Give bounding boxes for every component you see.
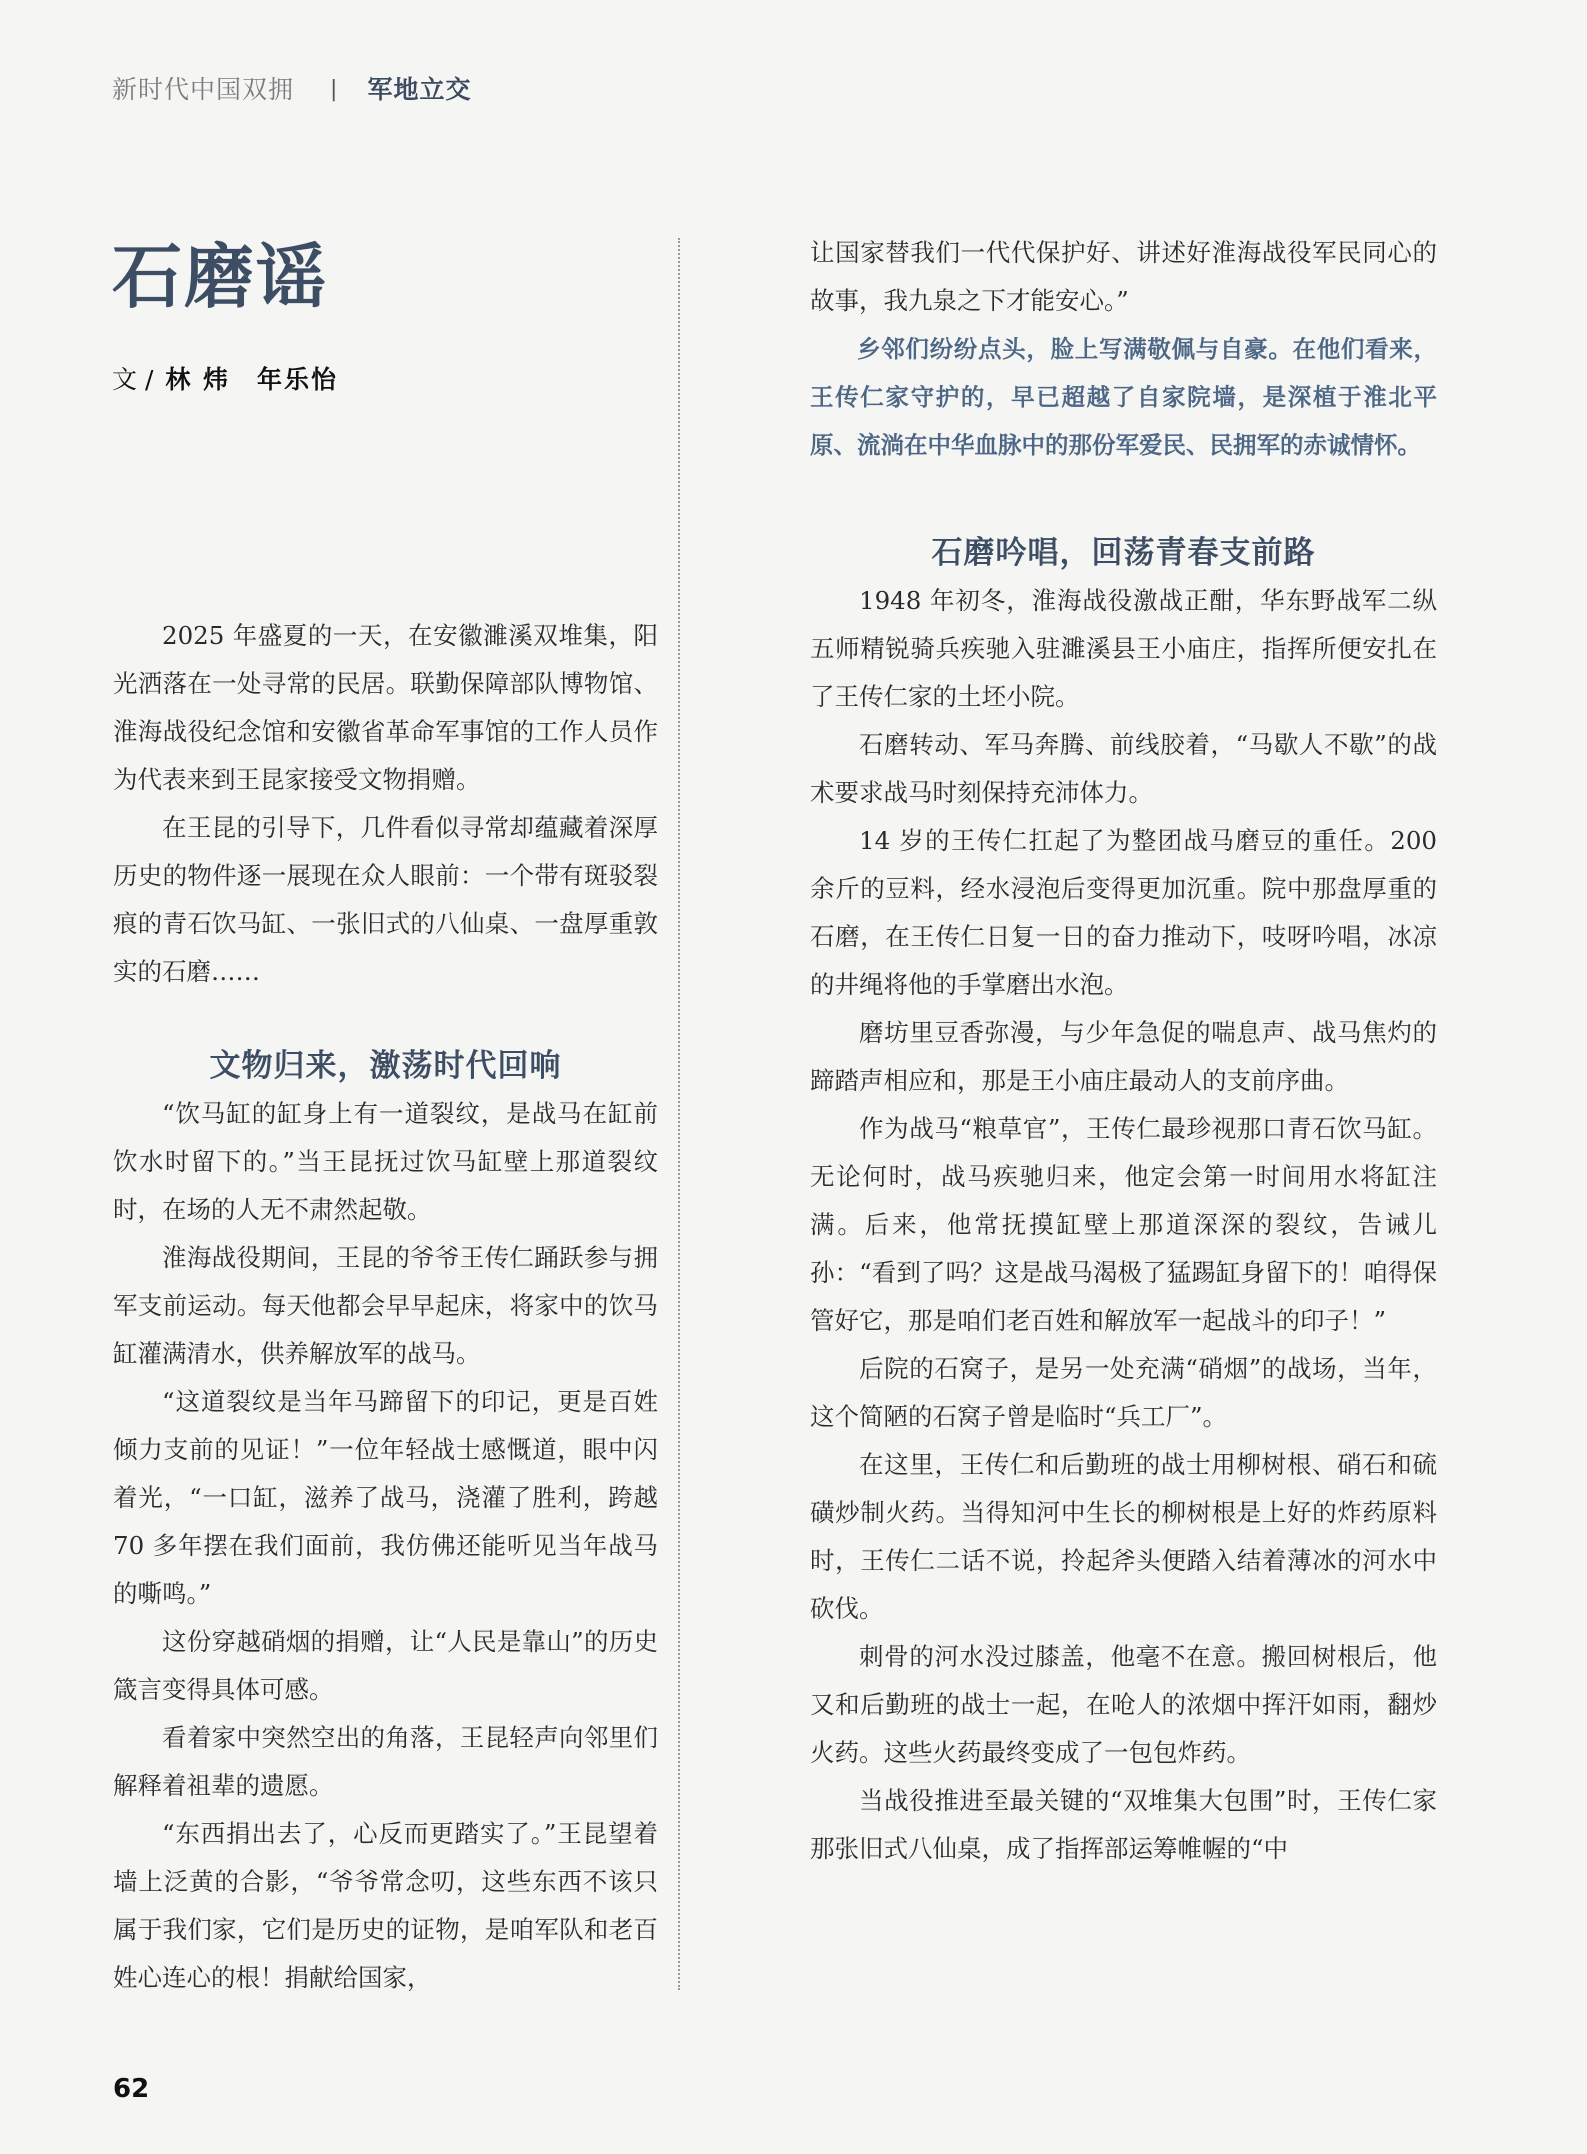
paragraph: 14 岁的王传仁扛起了为整团战马磨豆的重任。200 余斤的豆料，经水浸泡后变得更… [810,817,1437,1009]
header-column-name: 军地立交 [367,70,471,110]
article-title: 石磨谣 [112,232,328,322]
paragraph: 淮海战役期间，王昆的爷爷王传仁踊跃参与拥军支前运动。每天他都会早早起床，将家中的… [113,1234,658,1378]
section-heading: 文物归来，激荡时代回响 [113,1042,658,1090]
byline-prefix: 文 / [112,365,153,394]
left-column: 2025 年盛夏的一天，在安徽濉溪双堆集，阳光洒落在一处寻常的民居。联勤保障部队… [113,612,658,2002]
paragraph: 后院的石窝子，是另一处充满“硝烟”的战场，当年，这个简陋的石窝子曾是临时“兵工厂… [810,1345,1437,1441]
paragraph: 2025 年盛夏的一天，在安徽濉溪双堆集，阳光洒落在一处寻常的民居。联勤保障部队… [113,612,658,804]
byline: 文 / 林 炜 年乐怡 [112,360,338,400]
paragraph: “饮马缸的缸身上有一道裂纹，是战马在缸前饮水时留下的。”当王昆抚过饮马缸壁上那道… [113,1090,658,1234]
paragraph: 看着家中突然空出的角落，王昆轻声向邻里们解释着祖辈的遗愿。 [113,1714,658,1810]
paragraph: 在王昆的引导下，几件看似寻常却蕴藏着深厚历史的物件逐一展现在众人眼前：一个带有斑… [113,804,658,996]
paragraph: 1948 年初冬，淮海战役激战正酣，华东野战军二纵五师精锐骑兵疾驰入驻濉溪县王小… [810,577,1437,721]
header-section-name: 新时代中国双拥 [112,70,294,110]
section-heading: 石磨吟唱，回荡青春支前路 [810,529,1437,577]
paragraph: 石磨转动、军马奔腾、前线胶着，“马歇人不歇”的战术要求战马时刻保持充沛体力。 [810,721,1437,817]
column-divider [678,238,680,1990]
running-header: 新时代中国双拥 | 军地立交 [112,70,471,110]
paragraph: “这道裂纹是当年马蹄留下的印记，更是百姓倾力支前的见证！”一位年轻战士感慨道，眼… [113,1378,658,1618]
paragraph: 当战役推进至最关键的“双堆集大包围”时，王传仁家那张旧式八仙桌，成了指挥部运筹帷… [810,1777,1437,1873]
paragraph: 磨坊里豆香弥漫，与少年急促的喘息声、战马焦灼的蹄踏声相应和，那是王小庙庄最动人的… [810,1009,1437,1105]
header-separator: | [330,70,337,110]
paragraph-continuation: 让国家替我们一代代保护好、讲述好淮海战役军民同心的故事，我九泉之下才能安心。” [810,229,1437,325]
paragraph: 在这里，王传仁和后勤班的战士用柳树根、硝石和硫磺炒制火药。当得知河中生长的柳树根… [810,1441,1437,1633]
page-number: 62 [113,2074,149,2104]
highlight-paragraph: 乡邻们纷纷点头，脸上写满敬佩与自豪。在他们看来，王传仁家守护的，早已超越了自家院… [810,325,1437,469]
paragraph: 作为战马“粮草官”，王传仁最珍视那口青石饮马缸。无论何时，战马疾驰归来，他定会第… [810,1105,1437,1345]
paragraph: 这份穿越硝烟的捐赠，让“人民是靠山”的历史箴言变得具体可感。 [113,1618,658,1714]
paragraph: 刺骨的河水没过膝盖，他毫不在意。搬回树根后，他又和后勤班的战士一起，在呛人的浓烟… [810,1633,1437,1777]
paragraph: “东西捐出去了，心反而更踏实了。”王昆望着墙上泛黄的合影，“爷爷常念叨，这些东西… [113,1810,658,2002]
byline-authors: 林 炜 年乐怡 [165,365,338,394]
right-column: 让国家替我们一代代保护好、讲述好淮海战役军民同心的故事，我九泉之下才能安心。” … [810,229,1437,1873]
